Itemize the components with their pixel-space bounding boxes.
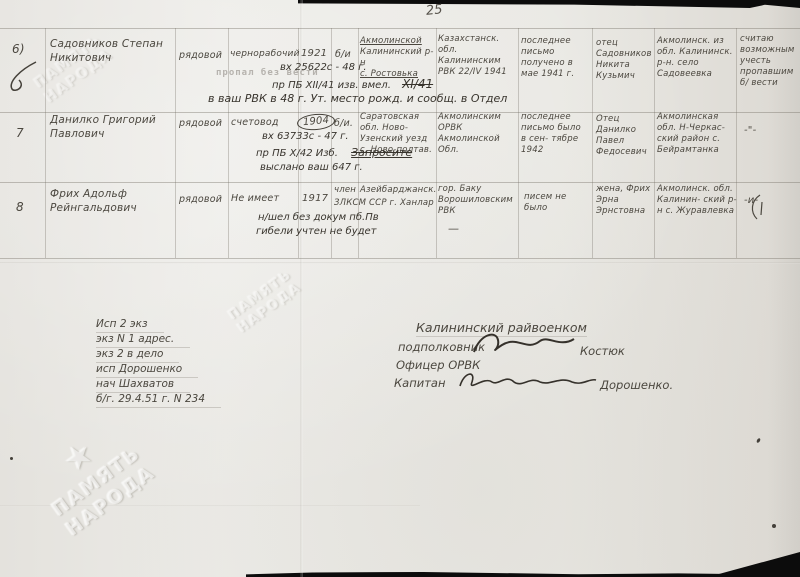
specialty: Не имеет <box>231 193 279 205</box>
row-number: 7 <box>16 126 24 142</box>
crossed-out-text: XI/41 <box>402 77 433 91</box>
birthplace: Акмолинской Калининский р-н с. Ростовька <box>360 36 436 80</box>
table-border <box>654 28 655 258</box>
relative-address: Акмолинск. обл. Калинин- ский р-н с. Жур… <box>657 184 737 217</box>
table-border <box>736 28 737 258</box>
signature-scribble <box>452 368 598 394</box>
clerk-note: гибели учтен не будет <box>256 226 377 237</box>
table-border <box>592 28 593 258</box>
birth-year: 1904 <box>297 114 335 130</box>
paper-crease <box>0 505 420 507</box>
party-status: б/и <box>335 49 351 61</box>
party-status: член <box>334 185 356 196</box>
last-contact: последнее письмо получено в мае 1941 г. <box>521 36 585 80</box>
execution-note-line: Исп 2 экз <box>96 318 164 333</box>
table-border <box>175 28 176 258</box>
clerk-note: вх 63733с - 47 г. <box>262 131 349 142</box>
drafted-by: гор. Баку Ворошиловским РВК <box>438 184 514 217</box>
conclusion: считаю возможным учесть пропавшим б/ вес… <box>740 34 798 89</box>
execution-note-line: б/г. 29.4.51 г. N 234 <box>96 393 221 408</box>
scan-corner-bottom-right <box>708 552 800 577</box>
signer-rank: Капитан <box>394 376 445 390</box>
table-border <box>518 28 519 258</box>
relative-address: Акмолинская обл. Н-Черкас- ский район с.… <box>657 112 735 156</box>
clerk-note: вх 25622с - 48 г. <box>280 62 367 73</box>
table-border <box>45 28 46 258</box>
table-border <box>436 28 437 258</box>
last-contact: последнее письмо было в сен- тябре 1942 <box>521 112 585 156</box>
rank: рядовой <box>179 50 222 62</box>
row-number: 8 <box>16 200 24 216</box>
paper-speck <box>756 438 761 444</box>
rank: рядовой <box>179 194 222 206</box>
specialty: чернорабочий <box>230 49 298 61</box>
signature-scribble <box>468 328 580 360</box>
memory-of-people-watermark: ★ ПАМЯТЬНАРОДА <box>24 410 160 542</box>
clerk-note: пр ПБ XII/41 изв. вмел. XI/41 <box>272 77 433 91</box>
paper-speck <box>10 457 13 460</box>
birthplace: Азейбарджанск. <box>360 185 436 196</box>
ditto-dash: — <box>448 222 459 236</box>
memory-of-people-watermark: ПАМЯТЬНАРОДА <box>226 267 306 337</box>
clerk-note: н/шел без докум пб.Пв <box>258 212 379 223</box>
execution-note-block: Исп 2 экз экз N 1 адрес. экз 2 в дело ис… <box>96 318 221 408</box>
crossed-out-text: Запросите <box>351 146 412 159</box>
table-border <box>228 28 229 258</box>
execution-note-line: экз 2 в дело <box>96 348 179 363</box>
execution-note-line: нач Шахватов <box>96 378 190 393</box>
page-number: 25 <box>425 2 443 19</box>
conclusion-ditto: -и- <box>744 194 758 207</box>
execution-note-line: исп Дорошенко <box>96 363 198 378</box>
conclusion-ditto: -"- <box>744 124 756 137</box>
row-number: 6) <box>12 42 25 58</box>
relative: отец Садовников Никита Кузьмич <box>596 38 652 82</box>
soldier-name: Данилко Григорий Павлович <box>50 114 178 141</box>
signer-name: Дорошенко. <box>600 378 673 392</box>
birth-year: 1921 <box>301 47 327 60</box>
rank: рядовой <box>179 118 222 130</box>
specialty: счетовод <box>231 117 279 129</box>
execution-note-line: экз N 1 адрес. <box>96 333 190 348</box>
drafted-by: Казахстанск. обл. Калининским РВК 22/IV … <box>438 34 516 78</box>
scan-edge-top <box>298 0 800 8</box>
relative: жена, Фрих Эрна Эрнстовна <box>596 184 654 217</box>
star-icon: ★ <box>24 410 132 504</box>
table-border <box>0 28 800 29</box>
clerk-note: пр ПБ X/42 Изб. Запросите <box>256 146 412 159</box>
paper-crease <box>0 262 800 264</box>
clerk-note: в ваш РВК в 48 г. Ут. место рожд. и сооб… <box>208 92 507 105</box>
birth-year: 1917 <box>302 192 328 205</box>
table-border <box>0 182 800 183</box>
relative: Отец Данилко Павел Федосевич <box>596 114 652 158</box>
relative-address: Акмолинск. из обл. Калининск. р-н. село … <box>657 36 733 80</box>
soldier-name: Фрих Адольф Рейнгальдович <box>50 188 174 215</box>
party-status: б/и. <box>334 118 353 130</box>
paper-speck <box>772 524 776 528</box>
table-border <box>0 258 800 259</box>
last-contact: писем не было <box>524 192 582 214</box>
pen-flourish <box>6 60 40 94</box>
signer-name: Костюк <box>580 344 625 358</box>
scanned-document-page: ПАМЯТЬНАРОДА ПАМЯТЬНАРОДА ★ ПАМЯТЬНАРОДА… <box>0 0 800 577</box>
clerk-note: выслано ваш 647 г. <box>260 162 363 173</box>
drafted-by: Акмолинским ОРВК Акмолинской Обл. <box>438 112 514 156</box>
soldier-name: Садовников Степан Никитович <box>50 38 172 65</box>
